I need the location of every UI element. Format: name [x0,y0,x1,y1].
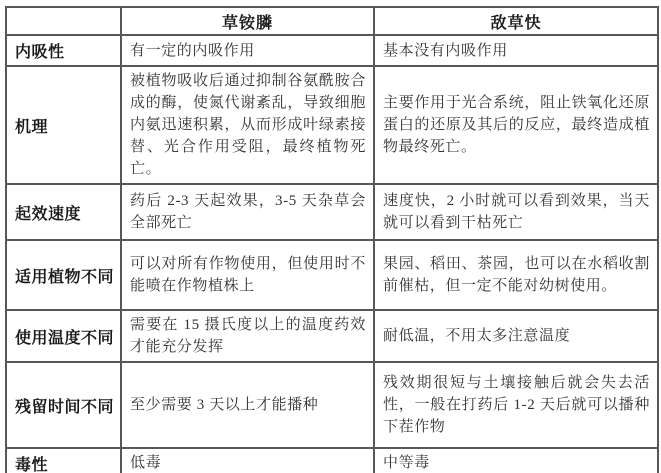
cell-diquat: 残效期很短与土壤接触后就会失去活性，一般在打药后 1-2 天后就可以播种下茬作物 [374,362,658,448]
table-header-row: 草铵膦 敌草快 [6,7,658,35]
row-label-temperature: 使用温度不同 [6,310,121,362]
cell-glufosinate: 需要在 15 摄氏度以上的温度药效才能充分发挥 [121,310,374,362]
row-label-applicable-plants: 适用植物不同 [6,240,121,310]
row-label-speed: 起效速度 [6,184,121,240]
table-row: 机理 被植物吸收后通过抑制谷氨酰胺合成的酶，使氮代谢紊乱，导致细胞内氨迅速积累，… [6,66,658,184]
cell-glufosinate: 药后 2-3 天起效果，3-5 天杂草会全部死亡 [121,184,374,240]
table-row: 起效速度 药后 2-3 天起效果，3-5 天杂草会全部死亡 速度快，2 小时就可… [6,184,658,240]
table-row: 使用温度不同 需要在 15 摄氏度以上的温度药效才能充分发挥 耐低温，不用太多注… [6,310,658,362]
table-row: 适用植物不同 可以对所有作物使用，但使用时不能喷在作物植株上 果园、稻田、茶园，… [6,240,658,310]
table-row: 内吸性 有一定的内吸作用 基本没有内吸作用 [6,35,658,66]
cell-diquat: 中等毒 [374,448,658,473]
cell-diquat: 耐低温，不用太多注意温度 [374,310,658,362]
herbicide-comparison-table: 草铵膦 敌草快 内吸性 有一定的内吸作用 基本没有内吸作用 机理 被植物吸收后通… [5,6,659,473]
row-label-mechanism: 机理 [6,66,121,184]
cell-glufosinate: 被植物吸收后通过抑制谷氨酰胺合成的酶，使氮代谢紊乱，导致细胞内氨迅速积累，从而形… [121,66,374,184]
cell-glufosinate: 至少需要 3 天以上才能播种 [121,362,374,448]
cell-diquat: 速度快，2 小时就可以看到效果，当天就可以看到干枯死亡 [374,184,658,240]
cell-glufosinate: 有一定的内吸作用 [121,35,374,66]
row-label-systemic: 内吸性 [6,35,121,66]
header-glufosinate: 草铵膦 [121,7,374,35]
table-row: 残留时间不同 至少需要 3 天以上才能播种 残效期很短与土壤接触后就会失去活性，… [6,362,658,448]
cell-glufosinate: 低毒 [121,448,374,473]
cell-diquat: 果园、稻田、茶园，也可以在水稻收割前催枯，但一定不能对幼树使用。 [374,240,658,310]
table-row: 毒性 低毒 中等毒 [6,448,658,473]
cell-glufosinate: 可以对所有作物使用，但使用时不能喷在作物植株上 [121,240,374,310]
header-diquat: 敌草快 [374,7,658,35]
row-label-toxicity: 毒性 [6,448,121,473]
cell-diquat: 主要作用于光合系统，阻止铁氧化还原蛋白的还原及其后的反应，最终造成植物最终死亡。 [374,66,658,184]
header-empty [6,7,121,35]
document-page: 草铵膦 敌草快 内吸性 有一定的内吸作用 基本没有内吸作用 机理 被植物吸收后通… [0,0,661,473]
cell-diquat: 基本没有内吸作用 [374,35,658,66]
row-label-residual-time: 残留时间不同 [6,362,121,448]
